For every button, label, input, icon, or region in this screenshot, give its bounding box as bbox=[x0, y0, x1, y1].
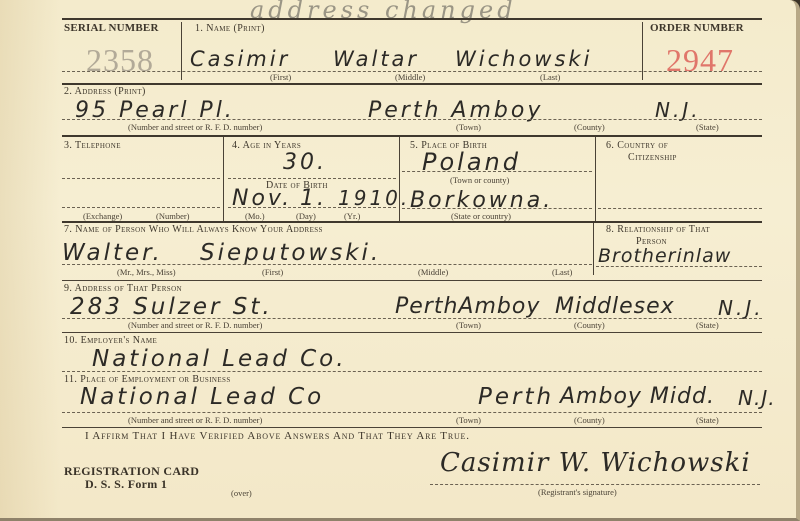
name-middle-sub: (Middle) bbox=[395, 72, 425, 82]
dotted-line bbox=[62, 207, 220, 208]
serial-number-value: 2358 bbox=[86, 42, 154, 79]
dotted-line bbox=[62, 71, 762, 72]
dotted-line bbox=[62, 119, 762, 120]
rule bbox=[62, 332, 762, 333]
employment-town-sub: (Town) bbox=[456, 415, 481, 425]
signature-line bbox=[430, 484, 760, 485]
name-first-sub: (First) bbox=[270, 72, 291, 82]
employer-label: 10. Employer's Name bbox=[64, 335, 157, 346]
registrant-signature: Casimir W. Wichowski bbox=[440, 448, 751, 478]
contact-middle-sub: (Middle) bbox=[418, 267, 448, 277]
contact-first-value: Sieputowski. bbox=[200, 240, 381, 266]
rule bbox=[62, 135, 762, 137]
dotted-line bbox=[62, 412, 762, 413]
contact-address-state-sub: (State) bbox=[696, 320, 719, 330]
dotted-line bbox=[402, 171, 592, 172]
contact-address-label: 9. Address of That Person bbox=[64, 283, 182, 294]
employment-town-value: Perth bbox=[478, 384, 554, 410]
name-middle-value: Waltar bbox=[333, 47, 419, 71]
citizenship-label-1: 6. Country of bbox=[606, 140, 668, 151]
dotted-line bbox=[598, 208, 762, 209]
age-value: 30. bbox=[283, 150, 327, 175]
contact-title-value: Walter. bbox=[62, 240, 163, 266]
affirmation-text: I Affirm That I Have Verified Above Answ… bbox=[85, 430, 470, 442]
address-street-sub: (Number and street or R. F. D. number) bbox=[128, 122, 262, 132]
employment-street-value: National Lead Co bbox=[80, 384, 324, 410]
contact-address-town-sub: (Town) bbox=[456, 320, 481, 330]
dotted-line bbox=[228, 207, 396, 208]
dotted-line bbox=[62, 318, 762, 319]
address-label: 2. Address (Print) bbox=[64, 86, 146, 97]
contact-address-county-value: Middlesex bbox=[555, 294, 675, 319]
dob-year-sub: (Yr.) bbox=[344, 211, 360, 221]
contact-address-county-sub: (County) bbox=[574, 320, 605, 330]
order-number-label: ORDER NUMBER bbox=[650, 22, 744, 34]
birthplace-state-sub: (State or country) bbox=[451, 211, 511, 221]
dotted-line bbox=[228, 178, 396, 179]
employer-value: National Lead Co. bbox=[92, 346, 347, 372]
contact-address-street-value: 283 Sulzer St. bbox=[70, 294, 273, 320]
dotted-line bbox=[596, 266, 762, 267]
rule bbox=[62, 280, 762, 281]
name-last-value: Wichowski bbox=[455, 47, 592, 71]
contact-name-label: 7. Name of Person Who Will Always Know Y… bbox=[64, 224, 323, 235]
address-county-sub: (County) bbox=[574, 122, 605, 132]
over-note: (over) bbox=[231, 488, 252, 498]
form-number: D. S. S. Form 1 bbox=[85, 477, 167, 492]
employment-county-value: Amboy Midd. bbox=[560, 384, 715, 409]
dotted-line bbox=[62, 178, 220, 179]
divider bbox=[223, 137, 224, 222]
birthplace-town-sub: (Town or county) bbox=[450, 175, 509, 185]
contact-address-street-sub: (Number and street or R. F. D. number) bbox=[128, 320, 262, 330]
address-town-sub: (Town) bbox=[456, 122, 481, 132]
birthplace-state-value: Borkowna. bbox=[410, 188, 553, 213]
name-label: 1. Name (Print) bbox=[195, 23, 265, 34]
telephone-exchange-sub: (Exchange) bbox=[83, 211, 122, 221]
dotted-line bbox=[402, 208, 592, 209]
employment-state-sub: (State) bbox=[696, 415, 719, 425]
dotted-line bbox=[62, 264, 592, 265]
contact-first-sub: (First) bbox=[262, 267, 283, 277]
registration-card: address changed SERIAL NUMBER 2358 1. Na… bbox=[0, 0, 800, 521]
rule bbox=[62, 83, 762, 85]
relationship-value: Brotherinlaw bbox=[598, 245, 731, 267]
rule bbox=[62, 427, 762, 428]
name-last-sub: (Last) bbox=[540, 72, 560, 82]
divider bbox=[399, 137, 400, 222]
address-state-sub: (State) bbox=[696, 122, 719, 132]
contact-address-state-value: N.J. bbox=[718, 296, 764, 320]
telephone-label: 3. Telephone bbox=[64, 140, 121, 151]
relationship-label-1: 8. Relationship of That bbox=[606, 224, 710, 235]
contact-last-sub: (Last) bbox=[552, 267, 572, 277]
employment-county-sub: (County) bbox=[574, 415, 605, 425]
name-first-value: Casimir bbox=[190, 47, 290, 71]
divider bbox=[593, 223, 594, 275]
rule bbox=[62, 221, 762, 223]
employment-state-value: N.J. bbox=[738, 386, 776, 410]
order-number-value: 2947 bbox=[666, 42, 734, 79]
signature-sub: (Registrant's signature) bbox=[538, 487, 617, 497]
telephone-number-sub: (Number) bbox=[156, 211, 190, 221]
dotted-line bbox=[62, 371, 762, 372]
contact-title-sub: (Mr., Mrs., Miss) bbox=[117, 267, 176, 277]
top-rule bbox=[62, 18, 762, 20]
divider bbox=[595, 137, 596, 222]
dob-day-sub: (Day) bbox=[296, 211, 316, 221]
employment-street-sub: (Number and street or R. F. D. number) bbox=[128, 415, 262, 425]
dob-month-sub: (Mo.) bbox=[245, 211, 265, 221]
pencil-annotation: address changed bbox=[250, 0, 517, 24]
serial-number-label: SERIAL NUMBER bbox=[64, 22, 159, 34]
contact-address-town-value: PerthAmboy bbox=[395, 294, 540, 319]
citizenship-label-2: Citizenship bbox=[628, 152, 677, 163]
